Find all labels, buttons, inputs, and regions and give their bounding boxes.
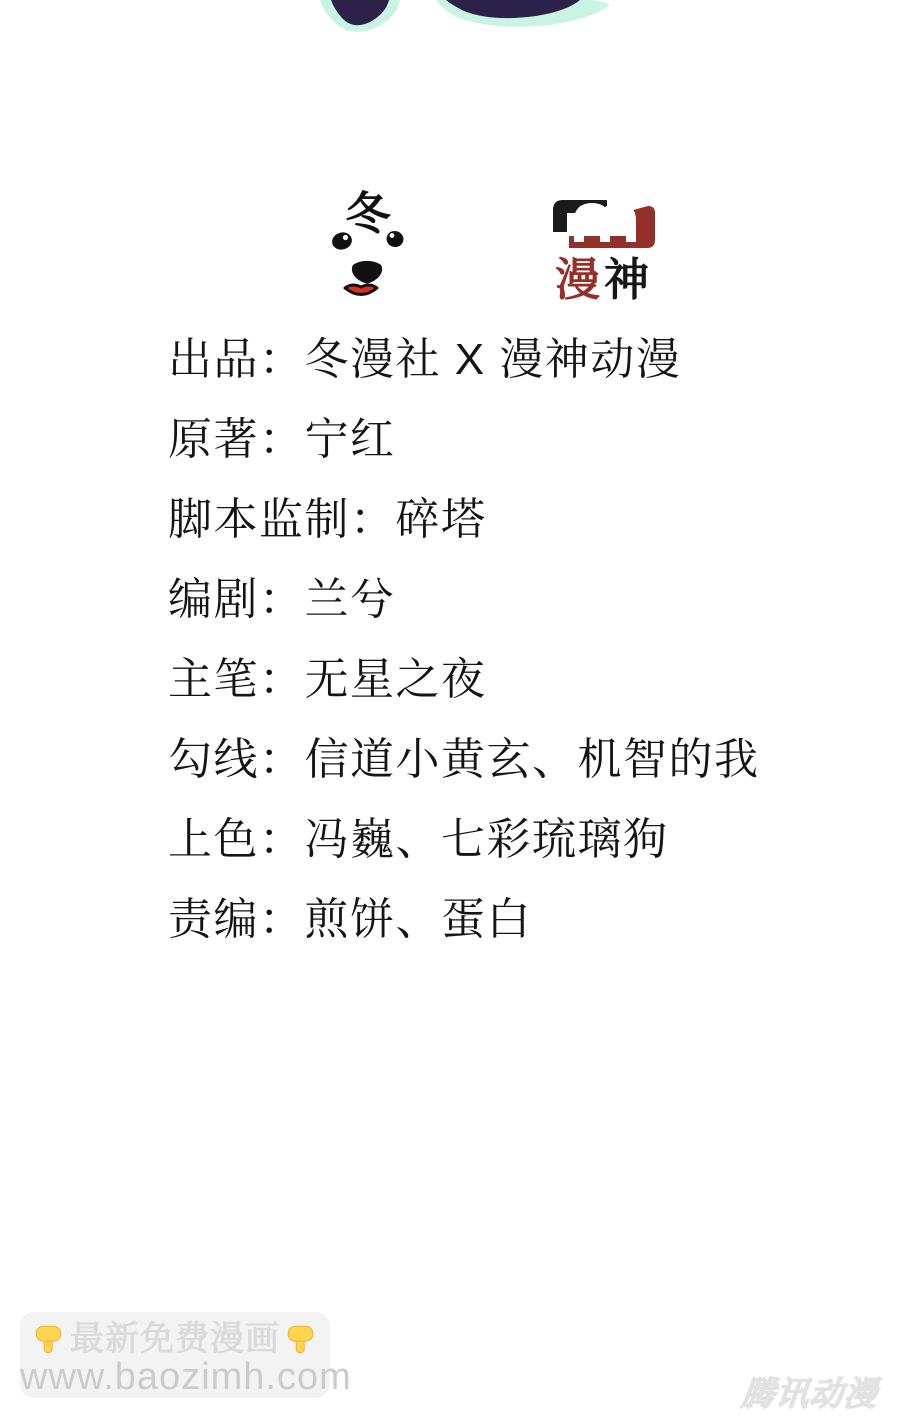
- credit-label: 勾线：: [168, 735, 305, 784]
- credit-value: 冬漫社 X 漫神动漫: [305, 335, 682, 384]
- baozimh-watermark: 最新免费漫画 www.baozimh.com: [20, 1312, 330, 1398]
- credit-line-screenwriter: 编剧：兰兮: [168, 560, 760, 640]
- dog-tongue-icon: [345, 285, 377, 295]
- credit-label: 脚本监制：: [168, 495, 396, 544]
- credit-line-script-supervisor: 脚本监制：碎塔: [168, 480, 760, 560]
- credit-label: 编剧：: [168, 575, 305, 624]
- manshen-wordmark: 漫神: [548, 255, 660, 305]
- manshen-char-man: 漫: [555, 254, 604, 305]
- credit-line-lead-artist: 主笔：无星之夜: [168, 640, 760, 720]
- comic-credits-page: 冬 漫神 出品：冬漫社 X 漫神动漫 原著：宁红 脚本监制：碎塔 编剧：兰兮 主…: [0, 0, 900, 1421]
- credit-value: 冯巍、七彩琉璃狗: [305, 815, 669, 864]
- credit-value: 兰兮: [305, 575, 396, 624]
- credit-label: 责编：: [168, 895, 305, 944]
- manshen-mark-icon: [549, 192, 659, 254]
- credit-value: 煎饼、蛋白: [305, 895, 533, 944]
- credit-line-lineart: 勾线：信道小黄玄、机智的我: [168, 720, 760, 800]
- credit-line-coloring: 上色：冯巍、七彩琉璃狗: [168, 800, 760, 880]
- credit-value: 碎塔: [396, 495, 487, 544]
- credit-label: 出品：: [168, 335, 305, 384]
- credit-value: 信道小黄玄、机智的我: [305, 735, 760, 784]
- finger-pointing-down-icon: [284, 1322, 318, 1356]
- credit-value: 无星之夜: [305, 655, 487, 704]
- credit-label: 原著：: [168, 415, 305, 464]
- title-brushstroke-art: [0, 0, 900, 40]
- credit-line-original-author: 原著：宁红: [168, 400, 760, 480]
- dog-forehead-char: 冬: [345, 188, 390, 239]
- credit-value: 宁红: [305, 415, 396, 464]
- dongmanshe-dog-logo: 冬: [320, 180, 450, 310]
- dog-nose-icon: [352, 261, 382, 284]
- watermark-promo-row: 最新免费漫画: [20, 1321, 330, 1357]
- watermark-site-url: www.baozimh.com: [20, 1358, 330, 1396]
- credit-line-editor: 责编：煎饼、蛋白: [168, 880, 760, 960]
- watermark-promo-text: 最新免费漫画: [70, 1321, 280, 1357]
- finger-pointing-down-icon: [32, 1322, 66, 1356]
- manshen-char-shen: 神: [604, 254, 653, 305]
- credit-label: 主笔：: [168, 655, 305, 704]
- credits-list: 出品：冬漫社 X 漫神动漫 原著：宁红 脚本监制：碎塔 编剧：兰兮 主笔：无星之…: [168, 320, 760, 960]
- credit-line-producer: 出品：冬漫社 X 漫神动漫: [168, 320, 760, 400]
- manshen-logo: 漫神: [548, 192, 660, 310]
- credit-label: 上色：: [168, 815, 305, 864]
- tencent-comics-watermark: 腾讯动漫: [740, 1368, 881, 1415]
